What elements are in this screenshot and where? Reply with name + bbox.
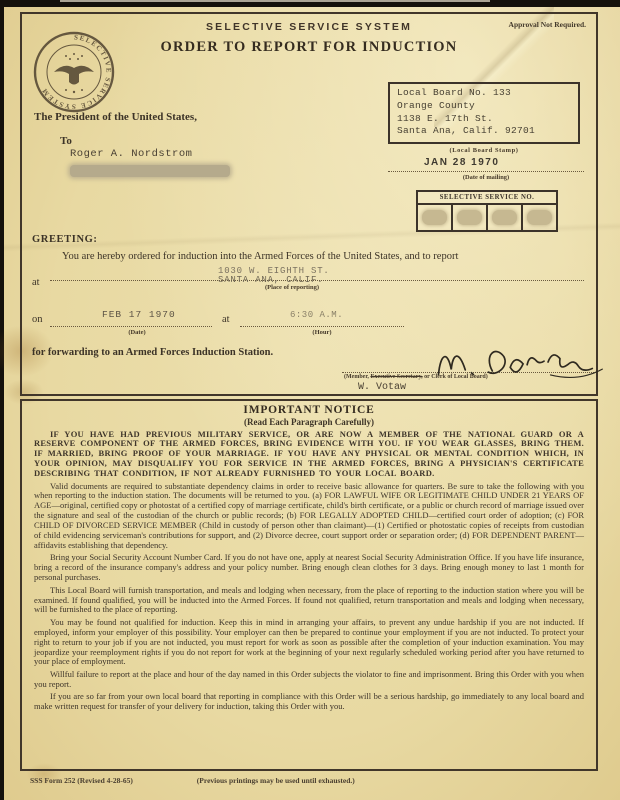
report-date: FEB 17 1970: [102, 309, 176, 320]
signature-caption-prefix: (Member,: [344, 374, 370, 380]
local-board-line: Santa Ana, Calif. 92701: [397, 125, 571, 138]
report-hour-caption: (Hour): [262, 329, 382, 336]
notice-subtitle: (Read Each Paragraph Carefully): [34, 417, 584, 427]
report-hour: 6:30 A.M.: [290, 310, 343, 320]
notice-paragraph: You may be found not qualified for induc…: [34, 618, 584, 668]
selective-service-number-header: SELECTIVE SERVICE NO.: [418, 192, 556, 205]
signature-caption: (Member, Executive Secretary, or Clerk o…: [344, 374, 600, 380]
to-label: To: [60, 135, 72, 147]
on-label: on: [32, 314, 43, 325]
notice-paragraph: Willful failure to report at the place a…: [34, 670, 584, 690]
selective-service-number-cells: [418, 205, 556, 230]
registrant-name: Roger A. Nordstrom: [70, 148, 192, 160]
ssno-cell: [488, 205, 523, 230]
notice-paragraph: IF YOU HAVE HAD PREVIOUS MILITARY SERVIC…: [34, 430, 584, 480]
mailing-date-line: [388, 157, 584, 172]
local-board-line: Local Board No. 133: [397, 87, 571, 100]
at-hour-label: at: [222, 314, 230, 325]
local-board-line: 1138 E. 17th St.: [397, 113, 571, 126]
redacted-number: [422, 210, 448, 225]
notice-title: IMPORTANT NOTICE: [34, 404, 584, 416]
signature-caption-suffix: or Clerk of Local Board): [423, 374, 488, 380]
approval-note: Approval Not Required.: [509, 20, 586, 29]
notice-paragraph: This Local Board will furnish transporta…: [34, 586, 584, 616]
redacted-number: [492, 210, 518, 225]
document-page: SELECTIVE SERVICE SYSTEM Approval Not Re…: [4, 7, 620, 800]
greeting-label: GREETING:: [32, 234, 98, 245]
report-date-caption: (Date): [82, 329, 192, 336]
local-board-line: Orange County: [397, 100, 571, 113]
forwarding-statement: for forwarding to an Armed Forces Induct…: [32, 347, 273, 358]
redacted-number: [527, 210, 553, 225]
redacted-number: [457, 210, 483, 225]
local-board-stamp: Local Board No. 133 Orange County 1138 E…: [388, 82, 580, 144]
important-notice-box: IMPORTANT NOTICE (Read Each Paragraph Ca…: [20, 399, 598, 771]
at-label: at: [32, 277, 40, 288]
typed-signer-name: W. Votaw: [358, 382, 406, 393]
place-of-reporting-caption: (Place of reporting): [202, 284, 382, 291]
from-line: The President of the United States,: [34, 111, 197, 123]
selective-service-number-box: SELECTIVE SERVICE NO.: [416, 190, 558, 232]
redacted-address: [70, 165, 230, 177]
notice-paragraph: If you are so far from your own local bo…: [34, 692, 584, 712]
ssno-cell: [453, 205, 488, 230]
order-statement: You are hereby ordered for induction int…: [62, 251, 586, 262]
mailing-date-caption: (Date of mailing): [388, 174, 584, 181]
order-section-box: SELECTIVE SERVICE SYSTEM Approval Not Re…: [20, 12, 598, 396]
form-footer-note: (Previous printings may be used until ex…: [197, 776, 355, 785]
selective-service-seal-icon: SELECTIVE SERVICE SYSTEM: [32, 30, 116, 114]
local-board-stamp-caption: (Local Board Stamp): [388, 147, 580, 154]
form-footer: SSS Form 252 (Revised 4-28-65) (Previous…: [30, 776, 355, 785]
notice-paragraph: Valid documents are required to substant…: [34, 482, 584, 551]
form-number: SSS Form 252 (Revised 4-28-65): [30, 776, 133, 785]
notice-paragraph: Bring your Social Security Account Numbe…: [34, 553, 584, 583]
ssno-cell: [523, 205, 556, 230]
signature-caption-struck: Executive Secretary,: [370, 374, 422, 380]
ssno-cell: [418, 205, 453, 230]
scan-edge-highlight: [60, 0, 490, 2]
